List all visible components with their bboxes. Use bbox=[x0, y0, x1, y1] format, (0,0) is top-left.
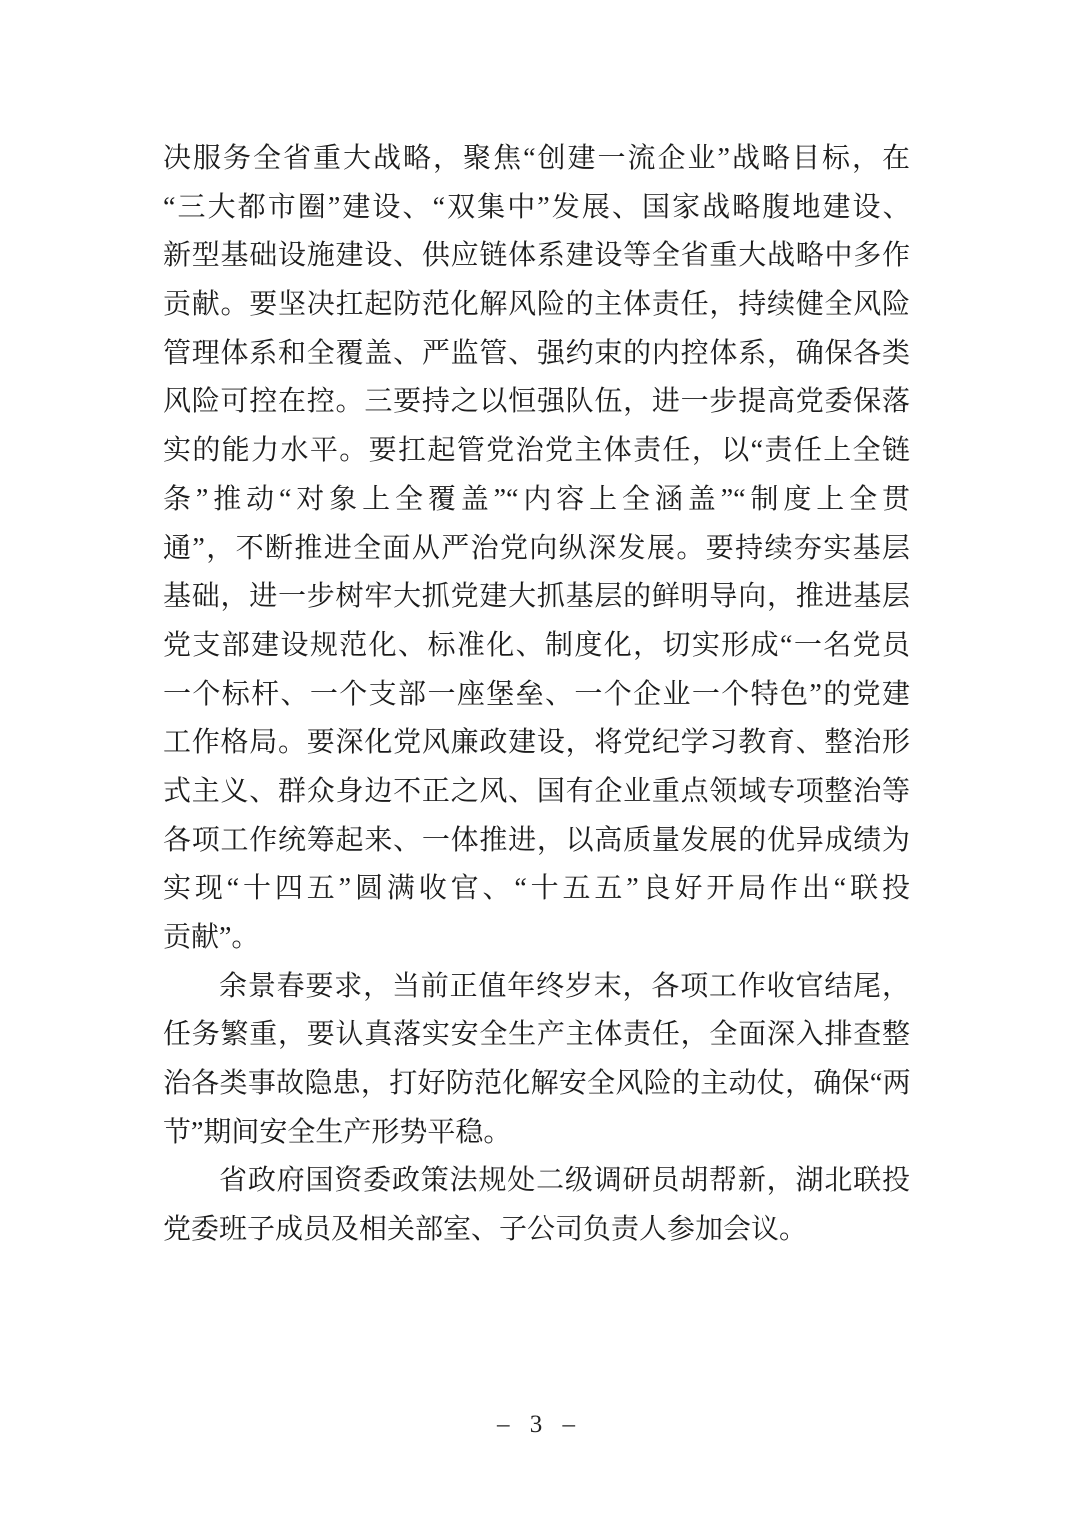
text-line: 一个标杆、一个支部一座堡垒、一个企业一个特色”的党建 bbox=[163, 671, 910, 720]
paragraph-2: 余景春要求，当前正值年终岁末，各项工作收官结尾， 任务繁重，要认真落实安全生产主… bbox=[163, 963, 910, 1158]
text-line: 通”，不断推进全面从严治党向纵深发展。要持续夯实基层 bbox=[163, 525, 910, 574]
text-line: 风险可控在控。三要持之以恒强队伍，进一步提高党委保落 bbox=[163, 378, 910, 427]
text-line: 贡献”。 bbox=[163, 914, 910, 963]
text-line: 工作格局。要深化党风廉政建设，将党纪学习教育、整治形 bbox=[163, 719, 910, 768]
text-line: 省政府国资委政策法规处二级调研员胡帮新，湖北联投 bbox=[163, 1157, 910, 1206]
text-line: 新型基础设施建设、供应链体系建设等全省重大战略中多作 bbox=[163, 232, 910, 281]
text-line: 党支部建设规范化、标准化、制度化，切实形成“一名党员 bbox=[163, 622, 910, 671]
document-page: 决服务全省重大战略，聚焦“创建一流企业”战略目标，在 “三大都市圈”建设、“双集… bbox=[0, 0, 1074, 1520]
text-line: 式主义、群众身边不正之风、国有企业重点领域专项整治等 bbox=[163, 768, 910, 817]
text-line: 决服务全省重大战略，聚焦“创建一流企业”战略目标，在 bbox=[163, 135, 910, 184]
text-line: 余景春要求，当前正值年终岁末，各项工作收官结尾， bbox=[163, 963, 910, 1012]
text-line: 基础，进一步树牢大抓党建大抓基层的鲜明导向，推进基层 bbox=[163, 573, 910, 622]
text-line: 贡献。要坚决扛起防范化解风险的主体责任，持续健全风险 bbox=[163, 281, 910, 330]
page-number: – 3 – bbox=[0, 1405, 1074, 1445]
body-text: 决服务全省重大战略，聚焦“创建一流企业”战略目标，在 “三大都市圈”建设、“双集… bbox=[163, 135, 910, 1255]
text-line: 实现“十四五”圆满收官、“十五五”良好开局作出“联投 bbox=[163, 865, 910, 914]
text-line: “三大都市圈”建设、“双集中”发展、国家战略腹地建设、 bbox=[163, 184, 910, 233]
text-line: 实的能力水平。要扛起管党治党主体责任，以“责任上全链 bbox=[163, 427, 910, 476]
paragraph-3: 省政府国资委政策法规处二级调研员胡帮新，湖北联投 党委班子成员及相关部室、子公司… bbox=[163, 1157, 910, 1254]
text-line: 管理体系和全覆盖、严监管、强约束的内控体系，确保各类 bbox=[163, 330, 910, 379]
text-line: 条”推动“对象上全覆盖”“内容上全涵盖”“制度上全贯 bbox=[163, 476, 910, 525]
text-line: 党委班子成员及相关部室、子公司负责人参加会议。 bbox=[163, 1206, 910, 1255]
text-line: 治各类事故隐患，打好防范化解安全风险的主动仗，确保“两 bbox=[163, 1060, 910, 1109]
text-line: 各项工作统筹起来、一体推进，以高质量发展的优异成绩为 bbox=[163, 817, 910, 866]
paragraph-1: 决服务全省重大战略，聚焦“创建一流企业”战略目标，在 “三大都市圈”建设、“双集… bbox=[163, 135, 910, 963]
text-line: 节”期间安全生产形势平稳。 bbox=[163, 1109, 910, 1158]
text-line: 任务繁重，要认真落实安全生产主体责任，全面深入排查整 bbox=[163, 1011, 910, 1060]
